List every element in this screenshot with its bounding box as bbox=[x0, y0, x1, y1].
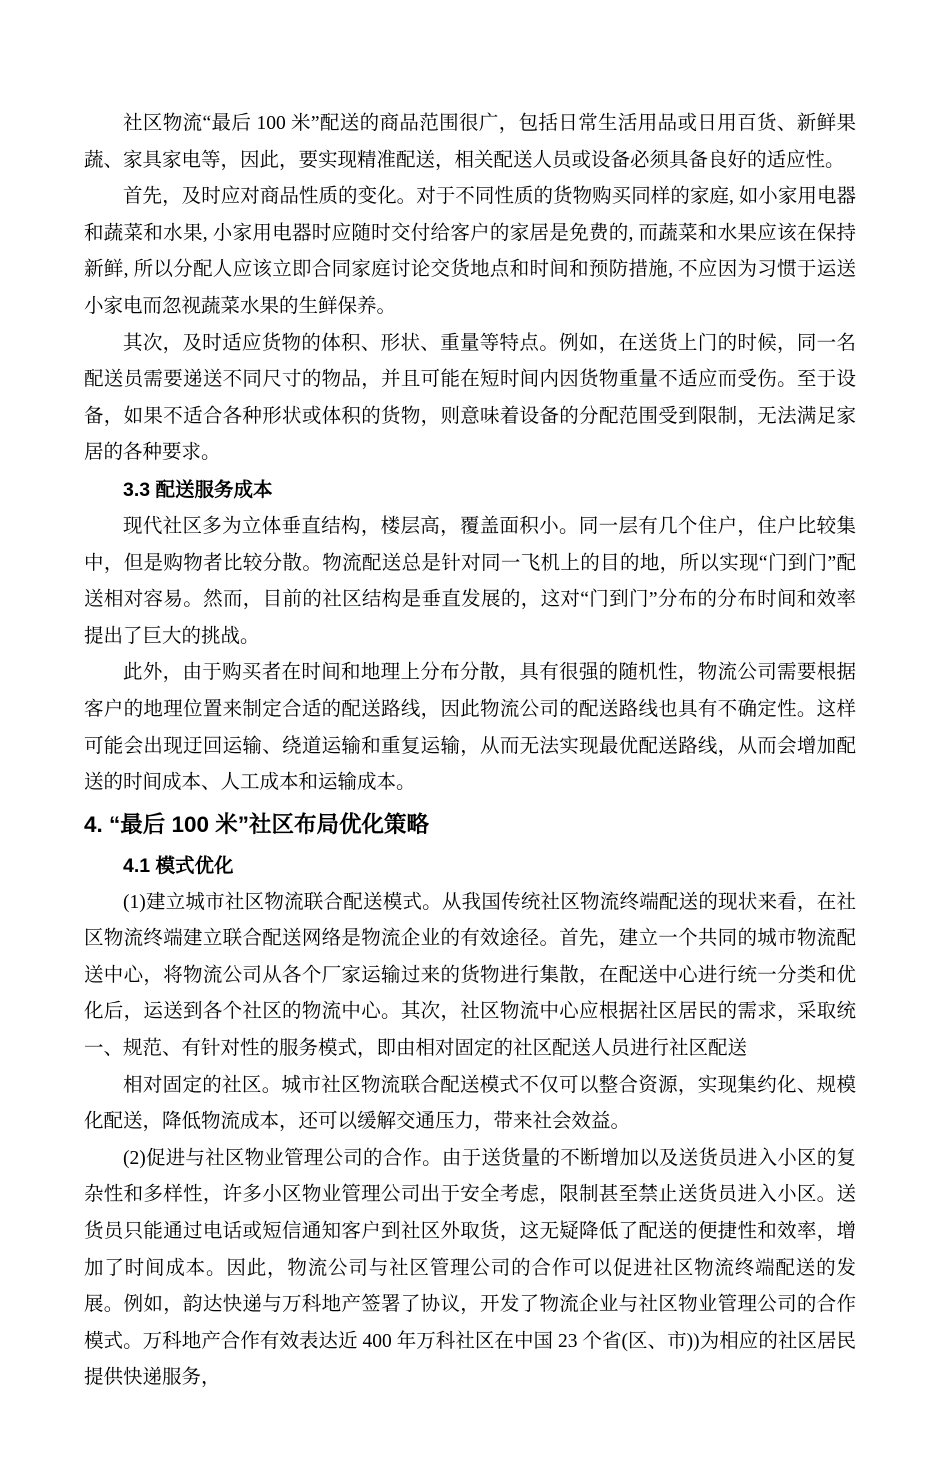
paragraph-buyer-distribution-randomness: 此外，由于购买者在时间和地理上分布分散，具有很强的随机性，物流公司需要根据客户的… bbox=[84, 655, 856, 801]
heading-3-3-delivery-service-cost: 3.3 配送服务成本 bbox=[84, 472, 856, 509]
paragraph-joint-distribution-mode: (1)建立城市社区物流联合配送模式。从我国传统社区物流终端配送的现状来看，在社区… bbox=[84, 885, 856, 1068]
document-content: 社区物流“最后 100 米”配送的商品范围很广，包括日常生活用品或日用百货、新鲜… bbox=[84, 106, 856, 1397]
paragraph-delivery-scope: 社区物流“最后 100 米”配送的商品范围很广，包括日常生活用品或日用百货、新鲜… bbox=[84, 106, 856, 179]
paragraph-property-management-cooperation: (2)促进与社区物业管理公司的合作。由于送货量的不断增加以及送货员进入小区的复杂… bbox=[84, 1141, 856, 1397]
heading-4-last-100m-optimization-strategy: 4. “最后 100 米”社区布局优化策略 bbox=[84, 802, 856, 848]
heading-4-1-mode-optimization: 4.1 模式优化 bbox=[84, 848, 856, 885]
paragraph-vertical-community-structure: 现代社区多为立体垂直结构，楼层高，覆盖面积小。同一层有几个住户，住户比较集中，但… bbox=[84, 509, 856, 655]
paragraph-first-product-nature: 首先，及时应对商品性质的变化。对于不同性质的货物购买同样的家庭, 如小家用电器和… bbox=[84, 179, 856, 325]
document-page: 社区物流“最后 100 米”配送的商品范围很广，包括日常生活用品或日用百货、新鲜… bbox=[0, 0, 925, 1465]
paragraph-fixed-community-benefits: 相对固定的社区。城市社区物流联合配送模式不仅可以整合资源，实现集约化、规模化配送… bbox=[84, 1068, 856, 1141]
paragraph-second-goods-attributes: 其次，及时适应货物的体积、形状、重量等特点。例如，在送货上门的时候，同一名配送员… bbox=[84, 326, 856, 472]
